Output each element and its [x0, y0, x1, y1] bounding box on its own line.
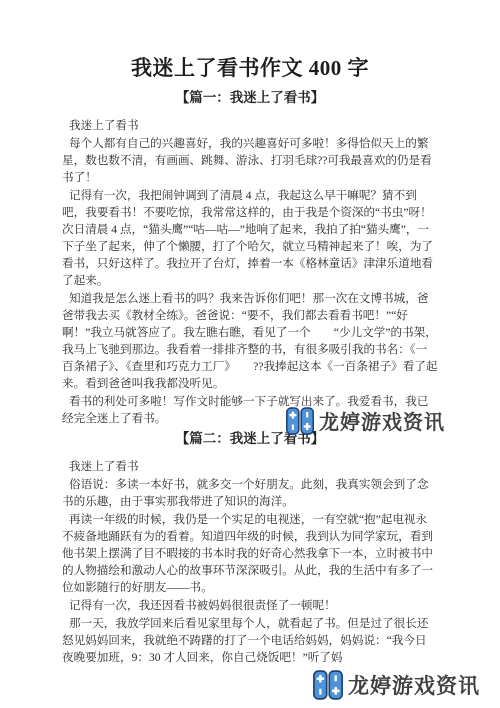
paragraph: 每个人都有自己的兴趣喜好，我的兴趣喜好可多啦！多得恰似天上的繁星，数也数不清，有… [62, 135, 438, 186]
section-2-body: 我迷上了看书 俗语说：多读一本好书，就多交一个好朋友。此刻，我真实领会到了念书的… [62, 458, 438, 666]
essay-title: 我迷上了看书作文 400 字 [62, 54, 438, 82]
paragraph: 那一天，我放学回来后看见家里每个人，就看起了书。但是过了很长还怒见妈妈回来，我就… [62, 615, 438, 666]
paragraph: 俗语说：多读一本好书，就多交一个好朋友。此刻，我真实领会到了念书的乐趣，由于事实… [62, 476, 438, 510]
paragraph: 我迷上了看书 [62, 458, 438, 475]
paragraph: 再读一年级的时候，我仍是一个实足的电视迷，一有空就“抱”起电视永不疲备地踊跃有为… [62, 511, 438, 596]
watermark-brand-text: 龙婷游戏资讯 [319, 406, 445, 435]
section-1-body: 我迷上了看书 每个人都有自己的兴趣喜好，我的兴趣喜好可多啦！多得恰似天上的繁星，… [62, 117, 438, 427]
paragraph: 记得有一次，我还因看书被妈妈很很责怪了一顿呢！ [62, 597, 438, 614]
watermark-brand-text: 龙婷游戏资讯 [348, 670, 480, 700]
watermark-badge-bottom: 龙婷游戏资讯 [313, 670, 480, 700]
paragraph: 我迷上了看书 [62, 117, 438, 134]
document-page: 我迷上了看书作文 400 字 【篇一：我迷上了看书】 我迷上了看书 每个人都有自… [0, 0, 500, 666]
watermark-badge-middle: 龙婷游戏资讯 [286, 406, 445, 435]
section-1-heading: 【篇一：我迷上了看书】 [62, 89, 438, 106]
paragraph: 知道我是怎么迷上看书的吗？我来告诉你们吧！那一次在文博书城，爸爸带我去买《教材全… [62, 290, 438, 392]
game-logo-icon [286, 407, 314, 435]
game-logo-icon [313, 670, 343, 700]
paragraph: 记得有一次，我把闹钟调到了清晨 4 点，我起这么早干嘛呢？猜不到吧，我要看书！不… [62, 187, 438, 289]
